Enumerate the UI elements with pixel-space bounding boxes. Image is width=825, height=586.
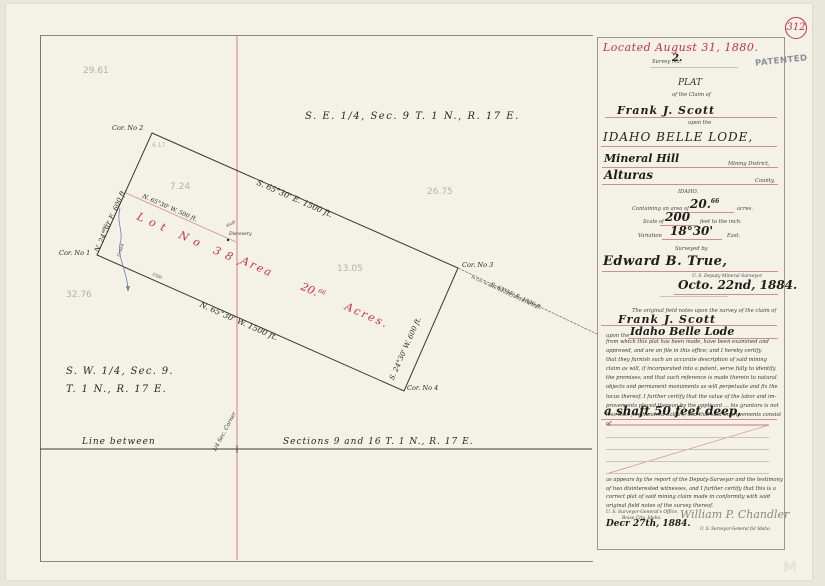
signer-title: U. S. Surveyor-General for Idaho. bbox=[700, 526, 771, 531]
discovery-label: Discovery bbox=[229, 232, 252, 237]
claimant-name: Frank J. Scott bbox=[617, 104, 715, 117]
watermark: M bbox=[783, 560, 797, 576]
area-value: 20.66 bbox=[690, 197, 719, 211]
sheet-number-badge: 312 bbox=[785, 17, 807, 39]
pencil-note: 6.17 bbox=[152, 142, 165, 149]
upon-the-label: upon the bbox=[688, 120, 711, 126]
surveyed-by-label: Surveyed by bbox=[675, 246, 708, 252]
signature: William P. Chandler bbox=[680, 508, 789, 521]
plat-heading: PLAT bbox=[678, 78, 702, 88]
corner-3-label: Cor. No 3 bbox=[462, 261, 493, 269]
corner-2-label: Cor. No 2 bbox=[112, 124, 143, 132]
pencil-note: 26.75 bbox=[427, 187, 453, 197]
section-line-label-left: Line between bbox=[82, 437, 156, 447]
quarter-section-label-se: S. E. 1/4, Sec. 9 T. 1 N., R. 17 E. bbox=[305, 111, 520, 122]
section-line-label-right: Sections 9 and 16 T. 1 N., R. 17 E. bbox=[283, 437, 474, 447]
territory: IDAHO. bbox=[678, 189, 698, 195]
surveyor-name: Edward B. True, bbox=[603, 254, 727, 269]
corner-4-label: Cor. No 4 bbox=[407, 384, 438, 392]
variation-suffix: East. bbox=[727, 233, 740, 239]
improvements-text: a shaft 50 feet deep, bbox=[604, 404, 741, 418]
variation-value: 18°30' bbox=[670, 224, 713, 238]
survey-date: Octo. 22nd, 1884. bbox=[678, 278, 797, 292]
county-name: Alturas bbox=[604, 168, 653, 182]
township-label-sw: T. 1 N., R. 17 E. bbox=[66, 384, 167, 395]
lode-name: IDAHO BELLE LODE, bbox=[603, 130, 753, 144]
certificate-lode: Idaho Belle Lode bbox=[630, 325, 734, 338]
pencil-note: 32.76 bbox=[66, 290, 92, 300]
variation-prefix: Variation bbox=[638, 233, 662, 239]
district-name: Mineral Hill bbox=[604, 152, 679, 165]
area-suffix: acres. bbox=[737, 206, 753, 212]
quarter-section-label-sw: S. W. 1/4, Sec. 9. bbox=[66, 366, 174, 377]
certificate-date: Decr 27th, 1884. bbox=[606, 519, 691, 529]
of-claim-label: of the Claim of bbox=[672, 92, 711, 98]
corner-1-label: Cor. No 1 bbox=[59, 249, 90, 257]
pencil-note: 7.24 bbox=[170, 182, 190, 192]
pencil-note: 13.05 bbox=[337, 264, 363, 274]
survey-no-value: 2. bbox=[672, 53, 682, 64]
scale-value: 200 bbox=[665, 210, 690, 224]
pencil-note: 29.61 bbox=[83, 66, 109, 76]
certificate-closing: as appears by the report of the Deputy-S… bbox=[606, 476, 786, 510]
office-label: U. S. Surveyor-General's Office, bbox=[606, 510, 678, 515]
